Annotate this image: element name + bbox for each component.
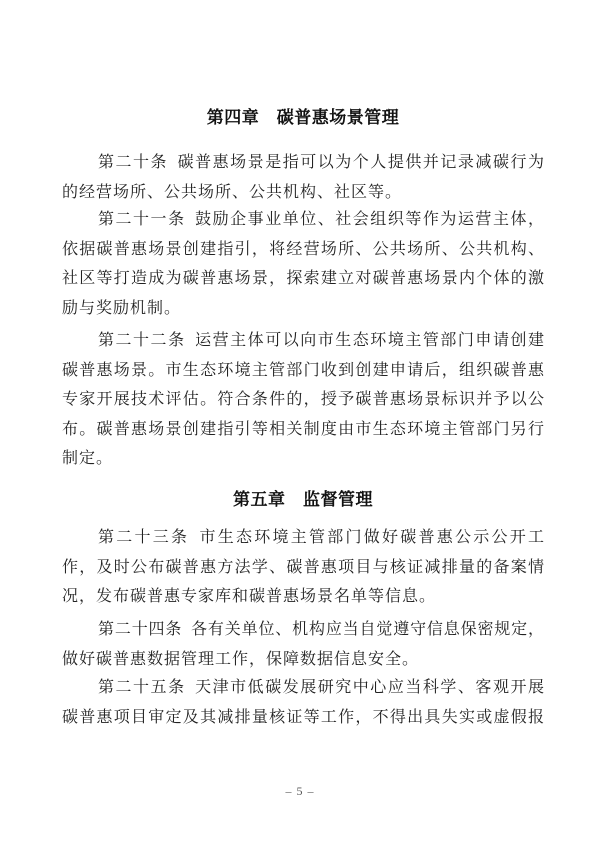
document-line: 第二十四条 各有关单位、机构应当自觉遵守信息保密规定，: [62, 615, 544, 645]
document-line: 碳普惠场景。市生态环境主管部门收到创建申请后，组织碳普惠: [62, 356, 544, 386]
document-line: 第二十二条 运营主体可以向市生态环境主管部门申请创建: [62, 326, 544, 356]
article-22-paragraph: 第二十二条 运营主体可以向市生态环境主管部门申请创建 碳普惠场景。市生态环境主管…: [62, 326, 544, 474]
document-line: 第二十一条 鼓励企事业单位、社会组织等作为运营主体，: [62, 205, 544, 235]
article-21-paragraph: 第二十一条 鼓励企事业单位、社会组织等作为运营主体， 依据碳普惠场景创建指引，将…: [62, 205, 544, 323]
document-line: 第二十五条 天津市低碳发展研究中心应当科学、客观开展: [62, 673, 544, 703]
document-line: 励与奖励机制。: [62, 294, 544, 324]
document-line: 第二十三条 市生态环境主管部门做好碳普惠公示公开工: [62, 523, 544, 553]
chapter-4-heading: 第四章 碳普惠场景管理: [62, 106, 544, 130]
document-line: 社区等打造成为碳普惠场景，探索建立对碳普惠场景内个体的激: [62, 264, 544, 294]
document-line: 碳普惠项目审定及其减排量核证等工作，不得出具失实或虚假报: [62, 703, 544, 733]
document-line: 依据碳普惠场景创建指引，将经营场所、公共场所、公共机构、: [62, 235, 544, 265]
article-20-paragraph: 第二十条 碳普惠场景是指可以为个人提供并记录减碳行为 的经营场所、公共场所、公共…: [62, 148, 544, 207]
document-line: 做好碳普惠数据管理工作，保障数据信息安全。: [62, 645, 544, 675]
page-number: – 5 –: [0, 783, 600, 799]
chapter-5-heading: 第五章 监督管理: [62, 488, 544, 512]
document-page: 第四章 碳普惠场景管理 第二十条 碳普惠场景是指可以为个人提供并记录减碳行为 的…: [0, 0, 600, 848]
article-23-paragraph: 第二十三条 市生态环境主管部门做好碳普惠公示公开工 作，及时公布碳普惠方法学、碳…: [62, 523, 544, 612]
article-24-paragraph: 第二十四条 各有关单位、机构应当自觉遵守信息保密规定， 做好碳普惠数据管理工作，…: [62, 615, 544, 674]
document-line: 况，发布碳普惠专家库和碳普惠场景名单等信息。: [62, 582, 544, 612]
document-line: 第二十条 碳普惠场景是指可以为个人提供并记录减碳行为: [62, 148, 544, 178]
document-line: 布。碳普惠场景创建指引等相关制度由市生态环境主管部门另行: [62, 415, 544, 445]
article-25-paragraph: 第二十五条 天津市低碳发展研究中心应当科学、客观开展 碳普惠项目审定及其减排量核…: [62, 673, 544, 732]
document-line: 制定。: [62, 444, 544, 474]
document-line: 的经营场所、公共场所、公共机构、社区等。: [62, 178, 544, 208]
document-line: 专家开展技术评估。符合条件的，授予碳普惠场景标识并予以公: [62, 385, 544, 415]
document-line: 作，及时公布碳普惠方法学、碳普惠项目与核证减排量的备案情: [62, 553, 544, 583]
